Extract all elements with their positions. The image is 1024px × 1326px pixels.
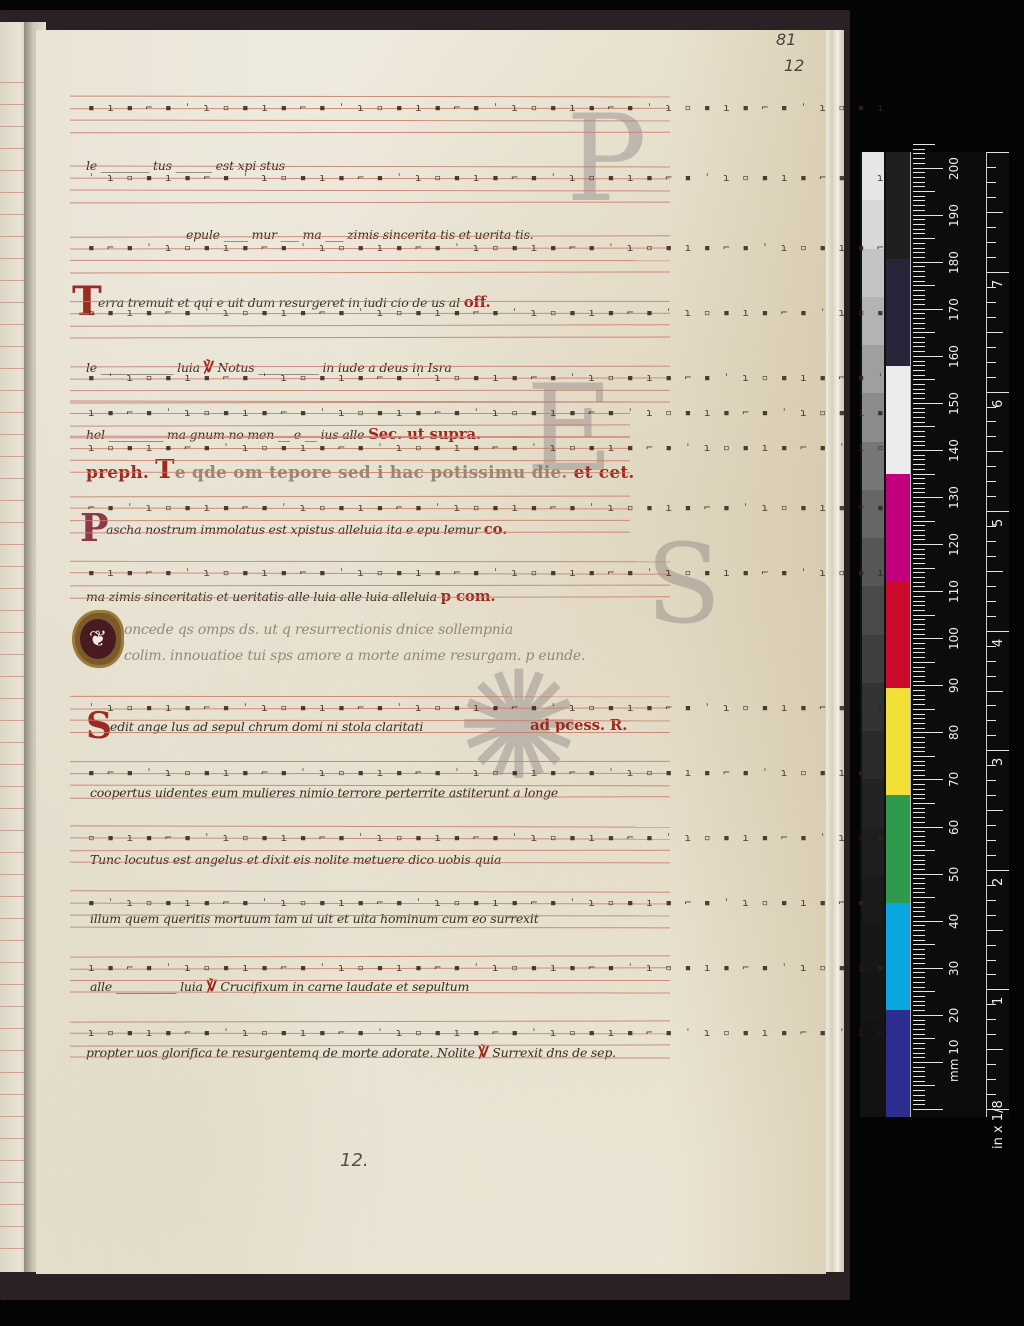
mm-tick xyxy=(913,323,925,324)
inch-tick xyxy=(987,825,996,826)
colour-patch-blue xyxy=(886,1010,913,1117)
inch-label: 6 xyxy=(991,399,1006,407)
mm-tick xyxy=(913,732,943,733)
inch-tick xyxy=(987,705,996,706)
inch-tick xyxy=(987,556,996,557)
staff-line xyxy=(70,260,670,261)
inch-tick xyxy=(987,661,996,662)
mm-tick xyxy=(913,332,935,333)
rubric-co: co. xyxy=(484,520,508,538)
mm-tick xyxy=(913,944,935,945)
decorated-initial-C: ❦ xyxy=(72,610,124,668)
mm-tick xyxy=(913,558,925,559)
mm-tick xyxy=(913,940,925,941)
mm-tick xyxy=(913,855,925,856)
mm-tick xyxy=(913,1067,925,1068)
mm-tick xyxy=(913,963,925,964)
mm-tick xyxy=(913,648,925,649)
mm-tick xyxy=(913,784,925,785)
inch-tick xyxy=(987,870,1009,871)
mm-tick xyxy=(913,238,935,239)
mm-tick xyxy=(913,775,925,776)
inch-label: 2 xyxy=(991,878,1006,886)
mm-tick xyxy=(913,290,925,291)
colour-patch-magenta xyxy=(886,474,913,581)
mm-tick xyxy=(913,657,925,658)
mm-tick xyxy=(913,1081,925,1082)
folio-number-ink: 81 xyxy=(776,30,796,49)
mm-tick xyxy=(913,1071,925,1072)
inch-label: in x 1/8 xyxy=(991,1100,1006,1149)
mm-tick xyxy=(913,987,925,988)
mm-tick xyxy=(913,902,925,903)
text-line-7: ascha nostrum immolatus est xpistus alle… xyxy=(106,520,507,538)
mm-tick xyxy=(913,549,925,550)
mm-tick xyxy=(913,219,925,220)
colour-patch-strip xyxy=(886,152,913,1117)
inch-tick xyxy=(987,421,996,422)
mm-tick xyxy=(913,972,925,973)
inch-tick xyxy=(987,960,996,961)
mm-tick xyxy=(913,845,925,846)
mm-tick xyxy=(913,803,935,804)
mm-tick xyxy=(913,186,925,187)
inch-tick xyxy=(987,451,1003,452)
inch-tick xyxy=(987,167,996,168)
mm-tick xyxy=(913,878,925,879)
mm-tick xyxy=(913,459,925,460)
inch-tick xyxy=(987,332,1003,333)
inch-tick xyxy=(987,631,1009,632)
grayscale-patch xyxy=(862,1069,884,1117)
mm-tick xyxy=(913,681,925,682)
mm-tick xyxy=(913,200,925,201)
neume-notation: ▪ ˈ ɿ ▫ ▪ ı ▪ ⌐ ▪ ˈ ɿ ▫ ▪ ı ▪ ⌐ ▪ ˈ ɿ ▫ … xyxy=(88,372,887,383)
text-line-2: epule ____ mur ___ ma ___ zimis sincerit… xyxy=(186,227,534,242)
mm-tick xyxy=(913,935,925,936)
mm-tick xyxy=(913,718,925,719)
mm-tick xyxy=(913,196,925,197)
mm-tick xyxy=(913,765,925,766)
inch-tick xyxy=(987,392,1009,393)
inch-tick xyxy=(987,152,1009,153)
mm-tick xyxy=(913,525,925,526)
mm-tick xyxy=(913,313,925,314)
mm-tick xyxy=(913,874,943,875)
inch-tick xyxy=(987,795,996,796)
neume-notation: ▪ ˈ ɿ ▫ ▪ ı ▪ ⌐ ▪ ˈ ɿ ▫ ▪ ı ▪ ⌐ ▪ ˈ ɿ ▫ … xyxy=(88,897,887,908)
mm-tick xyxy=(913,521,935,522)
staff-line xyxy=(70,520,630,521)
inch-tick xyxy=(987,810,1003,811)
mm-tick xyxy=(913,422,925,423)
measurement-ruler: mm 1020304050607080901001101201301401501… xyxy=(910,152,1009,1117)
mm-tick xyxy=(913,271,925,272)
mm-tick xyxy=(913,554,925,555)
colour-patch-cyan xyxy=(886,903,913,1010)
mm-tick xyxy=(913,205,925,206)
mm-tick xyxy=(913,1100,925,1101)
mm-tick xyxy=(913,365,925,366)
mm-tick xyxy=(913,210,925,211)
grayscale-patch xyxy=(862,538,884,586)
mm-tick xyxy=(913,789,925,790)
mm-tick xyxy=(913,601,925,602)
mm-tick xyxy=(913,464,925,465)
mm-tick xyxy=(913,492,925,493)
mm-tick xyxy=(913,968,943,969)
mm-tick xyxy=(913,1104,925,1105)
mm-tick xyxy=(913,1015,943,1016)
inch-tick xyxy=(987,347,996,348)
inch-tick xyxy=(987,735,996,736)
mm-tick xyxy=(913,379,935,380)
mm-tick xyxy=(913,248,925,249)
inch-tick xyxy=(987,780,996,781)
inch-tick xyxy=(987,197,996,198)
mm-tick xyxy=(913,812,925,813)
colour-patch-dark-navy xyxy=(886,259,913,366)
mm-tick xyxy=(913,1010,925,1011)
inch-tick xyxy=(987,930,1003,931)
mm-tick xyxy=(913,591,943,592)
mm-tick xyxy=(913,506,925,507)
mm-tick xyxy=(913,652,925,653)
inch-tick xyxy=(987,571,1003,572)
inch-tick xyxy=(987,616,996,617)
mm-tick xyxy=(913,266,925,267)
inch-label: 3 xyxy=(991,758,1006,766)
mm-tick xyxy=(913,417,925,418)
mm-tick xyxy=(913,544,943,545)
inch-tick xyxy=(987,945,996,946)
mm-tick xyxy=(913,690,925,691)
mm-tick xyxy=(913,1095,925,1096)
inch-tick xyxy=(987,1064,996,1065)
mm-tick xyxy=(913,229,925,230)
inch-tick xyxy=(987,481,996,482)
inch-tick xyxy=(987,676,996,677)
neume-notation: ⌐ ▪ ˈ ɿ ▫ ▪ ı ▪ ⌐ ▪ ˈ ɿ ▫ ▪ ı ▪ ⌐ ▪ ˈ ɿ … xyxy=(88,502,887,513)
staff-line xyxy=(70,732,670,733)
mm-label: 50 xyxy=(947,866,961,881)
mm-tick xyxy=(913,483,925,484)
mm-label: 170 xyxy=(947,298,961,321)
mm-label: 110 xyxy=(947,580,961,603)
inch-tick xyxy=(987,720,996,721)
mm-label: 130 xyxy=(947,486,961,509)
mm-tick xyxy=(913,742,925,743)
mm-tick xyxy=(913,191,935,192)
mm-tick xyxy=(913,822,925,823)
mm-tick xyxy=(913,295,925,296)
mm-tick xyxy=(913,1038,935,1039)
mm-tick xyxy=(913,412,925,413)
mm-tick xyxy=(913,761,925,762)
mm-label: 60 xyxy=(947,819,961,834)
mm-tick xyxy=(913,817,925,818)
mm-tick xyxy=(913,233,925,234)
mm-tick xyxy=(913,1053,925,1054)
mm-tick xyxy=(913,478,925,479)
mm-tick xyxy=(913,370,925,371)
mm-tick xyxy=(913,450,943,451)
mm-tick xyxy=(913,1048,925,1049)
inch-tick xyxy=(987,302,996,303)
mm-tick xyxy=(913,619,925,620)
mm-tick xyxy=(913,610,925,611)
mm-tick xyxy=(913,685,943,686)
mm-tick xyxy=(913,704,925,705)
mm-tick xyxy=(913,516,925,517)
mm-tick xyxy=(913,426,935,427)
inch-tick xyxy=(987,974,996,975)
mm-tick xyxy=(913,883,925,884)
mm-tick xyxy=(913,309,943,310)
mm-tick xyxy=(913,808,925,809)
mm-tick xyxy=(913,699,925,700)
mm-tick xyxy=(913,252,925,253)
mm-tick xyxy=(913,224,925,225)
mm-tick xyxy=(913,577,925,578)
inch-tick xyxy=(987,750,1009,751)
neume-notation: ı ▪ ⌐ ▪ ˈ ɿ ▫ ▪ ı ▪ ⌐ ▪ ˈ ɿ ▫ ▪ ı ▪ ⌐ ▪ … xyxy=(88,407,887,418)
neume-notation: ▪ ⌐ ▪ ˈ ɿ ▫ ▪ ı ▪ ⌐ ▪ ˈ ɿ ▫ ▪ ı ▪ ⌐ ▪ ˈ … xyxy=(88,242,887,253)
mm-tick xyxy=(913,572,925,573)
neume-notation: ı ▪ ⌐ ▪ ˈ ɿ ▫ ▪ ı ▪ ⌐ ▪ ˈ ɿ ▫ ▪ ı ▪ ⌐ ▪ … xyxy=(88,962,887,973)
bottom-pencil-number: 12. xyxy=(340,1150,369,1171)
mm-tick xyxy=(913,836,925,837)
inch-tick xyxy=(987,466,996,467)
mm-tick xyxy=(913,756,935,757)
mm-tick xyxy=(913,158,925,159)
mm-tick xyxy=(913,586,925,587)
mm-label: 160 xyxy=(947,345,961,368)
mm-tick xyxy=(913,1062,943,1063)
mm-tick xyxy=(913,798,925,799)
inch-tick xyxy=(987,855,996,856)
colour-patch-red xyxy=(886,581,913,688)
mm-tick xyxy=(913,511,925,512)
neume-notation: ▪ ı ▪ ⌐ ▪ ˈ ɿ ▫ ▪ ı ▪ ⌐ ▪ ˈ ɿ ▫ ▪ ı ▪ ⌐ … xyxy=(88,102,887,113)
colour-patch-green xyxy=(886,795,913,902)
neume-notation: ɿ ▫ ▪ ı ▪ ⌐ ▪ ˈ ɿ ▫ ▪ ı ▪ ⌐ ▪ ˈ ɿ ▫ ▪ ı … xyxy=(88,1027,887,1038)
mm-tick xyxy=(913,455,925,456)
mm-tick xyxy=(913,398,925,399)
mm-label: 120 xyxy=(947,533,961,556)
mm-tick xyxy=(913,770,925,771)
mm-tick xyxy=(913,723,925,724)
mm-tick xyxy=(913,488,925,489)
colour-patch-white xyxy=(886,366,913,473)
mm-tick xyxy=(913,671,925,672)
mm-tick xyxy=(913,285,935,286)
mm-tick xyxy=(913,172,925,173)
mm-tick xyxy=(913,535,925,536)
mm-tick xyxy=(913,474,935,475)
inch-tick xyxy=(987,840,996,841)
mm-tick xyxy=(913,728,925,729)
grayscale-patch xyxy=(862,586,884,634)
inch-tick xyxy=(987,257,996,258)
mm-label: 90 xyxy=(947,678,961,693)
mm-tick xyxy=(913,563,925,564)
mm-tick xyxy=(913,1001,925,1002)
inch-tick xyxy=(987,436,996,437)
mm-label: 190 xyxy=(947,204,961,227)
mm-tick xyxy=(913,916,925,917)
mm-tick xyxy=(913,864,925,865)
neume-notation: ▪ ı ▪ ⌐ ▪ ˈ ɿ ▫ ▪ ı ▪ ⌐ ▪ ˈ ɿ ▫ ▪ ı ▪ ⌐ … xyxy=(88,567,887,578)
mm-tick xyxy=(913,1029,925,1030)
mm-label: 40 xyxy=(947,913,961,928)
inch-tick xyxy=(987,691,1003,692)
mm-tick xyxy=(913,1057,925,1058)
mm-tick xyxy=(913,361,925,362)
mm-tick xyxy=(913,431,925,432)
mm-tick xyxy=(913,389,925,390)
mm-label: 80 xyxy=(947,725,961,740)
mm-tick xyxy=(913,1043,925,1044)
mm-label: 70 xyxy=(947,772,961,787)
mm-tick xyxy=(913,629,925,630)
mm-tick xyxy=(913,869,925,870)
mm-tick xyxy=(913,530,925,531)
mm-tick xyxy=(913,714,925,715)
mm-tick xyxy=(913,299,925,300)
inch-tick xyxy=(987,377,996,378)
inch-tick xyxy=(987,362,996,363)
neume-notation: ▪ ⌐ ▪ ˈ ɿ ▫ ▪ ı ▪ ⌐ ▪ ˈ ɿ ▫ ▪ ı ▪ ⌐ ▪ ˈ … xyxy=(88,767,887,778)
mm-tick xyxy=(913,841,925,842)
mm-tick xyxy=(913,892,925,893)
inch-tick xyxy=(987,915,996,916)
mm-tick xyxy=(913,930,925,931)
inch-tick xyxy=(987,1079,996,1080)
mm-tick xyxy=(913,1076,925,1077)
inch-label: 5 xyxy=(991,519,1006,527)
mm-tick xyxy=(913,328,925,329)
mm-tick xyxy=(913,831,925,832)
text-line-13: Tunc locutus est angelus et dixit eis no… xyxy=(90,852,501,867)
inch-label: 1 xyxy=(991,997,1006,1005)
mm-tick xyxy=(913,794,925,795)
inch-tick xyxy=(987,1019,996,1020)
mm-tick xyxy=(913,1005,925,1006)
mm-label: 30 xyxy=(947,960,961,975)
mm-tick xyxy=(913,643,925,644)
mm-tick xyxy=(913,737,925,738)
mm-tick xyxy=(913,342,925,343)
mm-tick xyxy=(913,215,943,216)
mm-tick xyxy=(913,177,925,178)
mm-tick xyxy=(913,153,925,154)
mm-tick xyxy=(913,304,925,305)
mm-tick xyxy=(913,911,925,912)
mm-tick xyxy=(913,667,925,668)
mm-label: 140 xyxy=(947,439,961,462)
mm-tick xyxy=(913,982,925,983)
mm-tick xyxy=(913,318,925,319)
inch-tick xyxy=(987,541,996,542)
mm-tick xyxy=(913,445,925,446)
mm-tick xyxy=(913,243,925,244)
inch-tick xyxy=(987,212,1003,213)
grayscale-patch xyxy=(862,345,884,393)
grayscale-patch xyxy=(862,779,884,827)
mm-tick xyxy=(913,925,925,926)
mm-tick xyxy=(913,149,925,150)
inch-tick xyxy=(987,601,996,602)
mm-tick xyxy=(913,991,935,992)
mm-tick xyxy=(913,751,925,752)
mm-tick xyxy=(913,1109,943,1110)
mm-tick xyxy=(913,257,925,258)
mm-label: 200 xyxy=(947,157,961,180)
neume-notation: ▫ ▪ ı ▪ ⌐ ▪ ˈ ɿ ▫ ▪ ı ▪ ⌐ ▪ ˈ ɿ ▫ ▪ ı ▪ … xyxy=(88,307,887,318)
inch-scale-rail xyxy=(986,152,987,1117)
mm-tick xyxy=(913,888,925,889)
mm-tick xyxy=(913,949,925,950)
mm-tick xyxy=(913,996,925,997)
mm-tick xyxy=(913,403,943,404)
mm-tick xyxy=(913,163,925,164)
mm-tick xyxy=(913,695,925,696)
mm-tick xyxy=(913,921,943,922)
mm-tick xyxy=(913,596,925,597)
inch-label: 7 xyxy=(991,280,1006,288)
mm-tick xyxy=(913,281,925,282)
text-line-14: illum quem queritis mortuum iam ui uit e… xyxy=(90,911,539,926)
grayscale-patch xyxy=(862,972,884,1020)
mm-tick xyxy=(913,539,925,540)
inch-tick xyxy=(987,317,996,318)
neume-notation: ˈ ɿ ▫ ▪ ı ▪ ⌐ ▪ ˈ ɿ ▫ ▪ ı ▪ ⌐ ▪ ˈ ɿ ▫ ▪ … xyxy=(88,172,887,183)
fleur-icon: ❦ xyxy=(80,619,116,659)
mm-tick xyxy=(913,779,943,780)
colour-patch-black xyxy=(886,152,913,259)
mm-tick xyxy=(913,958,925,959)
staff-line xyxy=(70,980,670,981)
mm-tick xyxy=(913,182,925,183)
inch-tick xyxy=(987,1034,996,1035)
inch-tick xyxy=(987,242,996,243)
inch-tick xyxy=(987,586,996,587)
mm-tick xyxy=(913,276,925,277)
inch-tick xyxy=(987,989,1009,990)
inch-tick xyxy=(987,272,1009,273)
mm-tick xyxy=(913,747,925,748)
inch-tick xyxy=(987,1049,1003,1050)
mm-tick xyxy=(913,1090,925,1091)
mm-tick xyxy=(913,262,943,263)
mm-tick xyxy=(913,1024,925,1025)
mm-tick xyxy=(913,907,925,908)
mm-tick xyxy=(913,676,925,677)
text-line-10: colim. innouatioe tui sps amore a morte … xyxy=(124,648,585,664)
mm-tick xyxy=(913,375,925,376)
text-line-9: oncede qs omps ds. ut q resurrectionis d… xyxy=(124,622,513,638)
mm-tick xyxy=(913,662,935,663)
inch-tick xyxy=(987,182,996,183)
mm-tick xyxy=(913,1034,925,1035)
mm-tick xyxy=(913,497,943,498)
mm-tick xyxy=(913,850,935,851)
mm-tick xyxy=(913,827,943,828)
mm-tick xyxy=(913,954,925,955)
mm-tick xyxy=(913,356,943,357)
folio-number-pencil: 12 xyxy=(784,56,804,75)
